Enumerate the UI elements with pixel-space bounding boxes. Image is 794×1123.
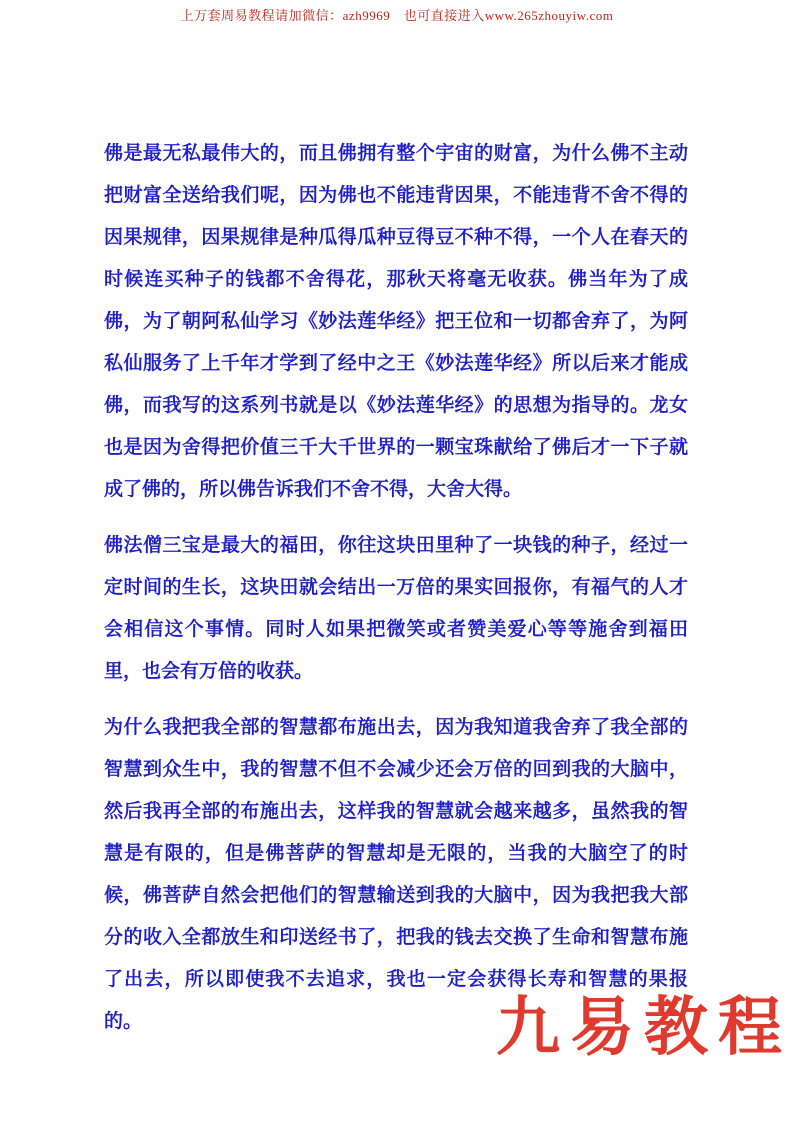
paragraph-2: 佛法僧三宝是最大的福田，你往这块田里种了一块钱的种子，经过一定时间的生长，这块田…: [104, 524, 688, 692]
document-page: 上万套周易教程请加微信：azh9969 也可直接进入www.265zhouyiw…: [0, 0, 794, 1123]
document-body: 佛是最无私最伟大的，而且佛拥有整个宇宙的财富，为什么佛不主动把财富全送给我们呢，…: [104, 132, 688, 1056]
watermark-logo: 九易教程: [496, 994, 792, 1062]
page-header-contact-line: 上万套周易教程请加微信：azh9969 也可直接进入www.265zhouyiw…: [0, 5, 794, 24]
paragraph-1: 佛是最无私最伟大的，而且佛拥有整个宇宙的财富，为什么佛不主动把财富全送给我们呢，…: [104, 132, 688, 510]
